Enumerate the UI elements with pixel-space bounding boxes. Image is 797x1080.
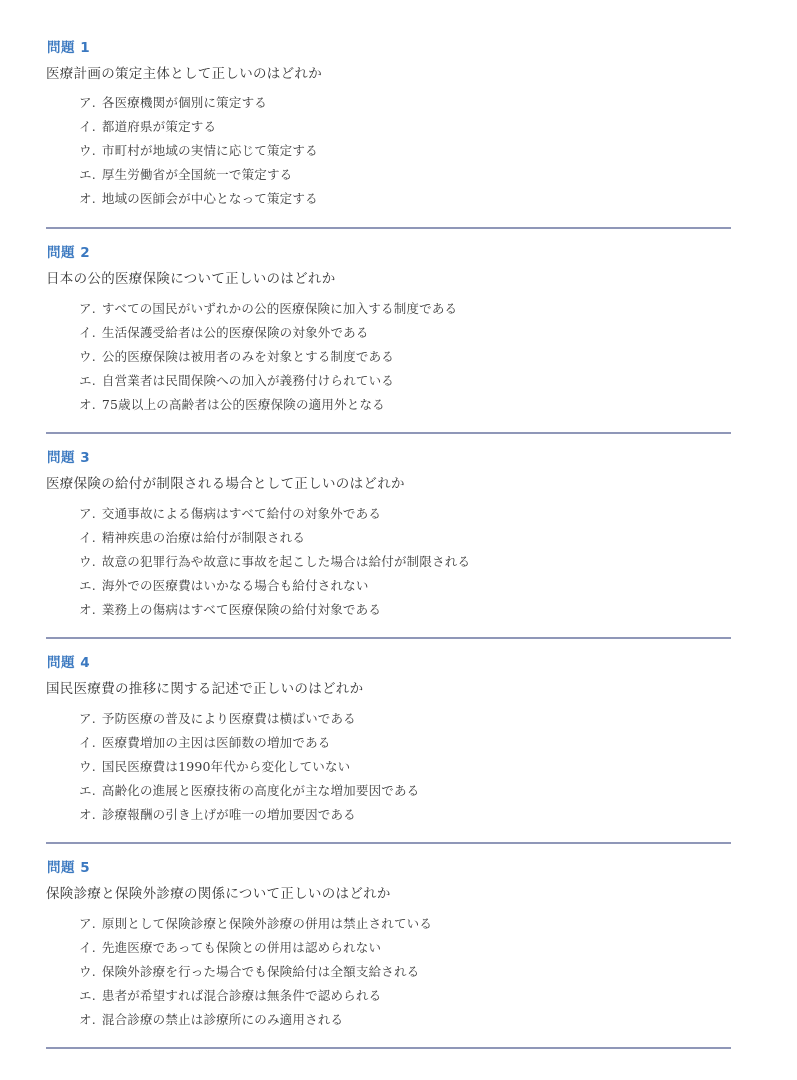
choice-mark: ウ. [79, 139, 96, 163]
question-title: 問題 2 [47, 241, 90, 261]
choice-mark: オ. [79, 803, 96, 827]
choice-mark: エ. [79, 163, 96, 187]
choice-text: 都道府県が策定する [102, 119, 216, 134]
choice-text: 地域の医師会が中心となって策定する [102, 191, 318, 206]
choice-e[interactable]: エ.高齢化の進展と医療技術の高度化が主な増加要因である [79, 779, 419, 803]
choice-text: 混合診療の禁止は診療所にのみ適用される [102, 1012, 343, 1027]
question-sheet: 問題 1 医療計画の策定主体として正しいのはどれか ア.各医療機関が個別に策定す… [46, 0, 731, 1049]
choice-list: ア.予防医療の普及により医療費は横ばいである イ.医療費増加の主因は医師数の増加… [79, 707, 419, 827]
choice-text: 自営業者は民間保険への加入が義務付けられている [102, 373, 394, 388]
question-title: 問題 1 [47, 36, 90, 56]
choice-text: 先進医療であっても保険との併用は認められない [102, 940, 381, 955]
choice-text: 交通事故による傷病はすべて給付の対象外である [102, 506, 381, 521]
choice-text: 医療費増加の主因は医師数の増加である [102, 735, 331, 750]
choice-i[interactable]: イ.生活保護受給者は公的医療保険の対象外である [79, 321, 457, 345]
choice-text: 市町村が地域の実情に応じて策定する [102, 143, 318, 158]
choice-o[interactable]: オ.75歳以上の高齢者は公的医療保険の適用外となる [79, 393, 457, 417]
choice-e[interactable]: エ.海外での医療費はいかなる場合も給付されない [79, 574, 470, 598]
choice-a[interactable]: ア.すべての国民がいずれかの公的医療保険に加入する制度である [79, 297, 457, 321]
choice-list: ア.交通事故による傷病はすべて給付の対象外である イ.精神疾患の治療は給付が制限… [79, 502, 470, 622]
choice-text: すべての国民がいずれかの公的医療保険に加入する制度である [102, 301, 457, 316]
choice-mark: ウ. [79, 755, 96, 779]
choice-text: 厚生労働省が全国統一で策定する [102, 167, 293, 182]
choice-mark: ウ. [79, 960, 96, 984]
choice-u[interactable]: ウ.公的医療保険は被用者のみを対象とする制度である [79, 345, 457, 369]
choice-mark: ア. [79, 707, 96, 731]
choice-text: 故意の犯罪行為や故意に事故を起こした場合は給付が制限される [102, 554, 470, 569]
choice-e[interactable]: エ.厚生労働省が全国統一で策定する [79, 163, 318, 187]
choice-o[interactable]: オ.地域の医師会が中心となって策定する [79, 187, 318, 211]
choice-o[interactable]: オ.業務上の傷病はすべて医療保険の給付対象である [79, 598, 470, 622]
choice-text: 予防医療の普及により医療費は横ばいである [102, 711, 356, 726]
choice-text: 精神疾患の治療は給付が制限される [102, 530, 305, 545]
choice-mark: イ. [79, 115, 96, 139]
choice-a[interactable]: ア.予防医療の普及により医療費は横ばいである [79, 707, 419, 731]
question-1: 問題 1 医療計画の策定主体として正しいのはどれか ア.各医療機関が個別に策定す… [46, 0, 731, 229]
choice-list: ア.各医療機関が個別に策定する イ.都道府県が策定する ウ.市町村が地域の実情に… [79, 91, 318, 211]
choice-text: 原則として保険診療と保険外診療の併用は禁止されている [102, 916, 432, 931]
question-stem: 医療保険の給付が制限される場合として正しいのはどれか [46, 472, 405, 492]
choice-i[interactable]: イ.都道府県が策定する [79, 115, 318, 139]
question-title: 問題 3 [47, 446, 90, 466]
choice-mark: イ. [79, 936, 96, 960]
question-stem: 国民医療費の推移に関する記述で正しいのはどれか [46, 677, 363, 697]
question-2: 問題 2 日本の公的医療保険について正しいのはどれか ア.すべての国民がいずれか… [46, 229, 731, 434]
choice-text: 海外での医療費はいかなる場合も給付されない [102, 578, 369, 593]
choice-mark: ウ. [79, 345, 96, 369]
question-4: 問題 4 国民医療費の推移に関する記述で正しいのはどれか ア.予防医療の普及によ… [46, 639, 731, 844]
choice-mark: オ. [79, 393, 96, 417]
choice-text: 業務上の傷病はすべて医療保険の給付対象である [102, 602, 381, 617]
question-title: 問題 4 [47, 651, 90, 671]
choice-text: 生活保護受給者は公的医療保険の対象外である [102, 325, 369, 340]
choice-u[interactable]: ウ.国民医療費は1990年代から変化していない [79, 755, 419, 779]
choice-mark: イ. [79, 321, 96, 345]
choice-e[interactable]: エ.患者が希望すれば混合診療は無条件で認められる [79, 984, 432, 1008]
choice-u[interactable]: ウ.保険外診療を行った場合でも保険給付は全額支給される [79, 960, 432, 984]
question-3: 問題 3 医療保険の給付が制限される場合として正しいのはどれか ア.交通事故によ… [46, 434, 731, 639]
question-stem: 医療計画の策定主体として正しいのはどれか [46, 62, 322, 82]
choice-mark: イ. [79, 526, 96, 550]
choice-mark: エ. [79, 574, 96, 598]
choice-mark: エ. [79, 779, 96, 803]
choice-e[interactable]: エ.自営業者は民間保険への加入が義務付けられている [79, 369, 457, 393]
choice-text: 各医療機関が個別に策定する [102, 95, 267, 110]
choice-mark: ア. [79, 912, 96, 936]
question-stem: 保険診療と保険外診療の関係について正しいのはどれか [46, 882, 391, 902]
choice-mark: エ. [79, 369, 96, 393]
choice-i[interactable]: イ.精神疾患の治療は給付が制限される [79, 526, 470, 550]
choice-text: 診療報酬の引き上げが唯一の増加要因である [102, 807, 356, 822]
choice-u[interactable]: ウ.市町村が地域の実情に応じて策定する [79, 139, 318, 163]
question-title: 問題 5 [47, 856, 90, 876]
question-5: 問題 5 保険診療と保険外診療の関係について正しいのはどれか ア.原則として保険… [46, 844, 731, 1049]
choice-mark: オ. [79, 598, 96, 622]
question-stem: 日本の公的医療保険について正しいのはどれか [46, 267, 336, 287]
choice-u[interactable]: ウ.故意の犯罪行為や故意に事故を起こした場合は給付が制限される [79, 550, 470, 574]
choice-text: 国民医療費は1990年代から変化していない [102, 759, 351, 774]
choice-a[interactable]: ア.原則として保険診療と保険外診療の併用は禁止されている [79, 912, 432, 936]
choice-i[interactable]: イ.先進医療であっても保険との併用は認められない [79, 936, 432, 960]
choice-mark: ア. [79, 297, 96, 321]
choice-list: ア.原則として保険診療と保険外診療の併用は禁止されている イ.先進医療であっても… [79, 912, 432, 1032]
choice-mark: エ. [79, 984, 96, 1008]
choice-mark: イ. [79, 731, 96, 755]
choice-mark: オ. [79, 1008, 96, 1032]
choice-mark: ア. [79, 502, 96, 526]
choice-mark: オ. [79, 187, 96, 211]
choice-a[interactable]: ア.交通事故による傷病はすべて給付の対象外である [79, 502, 470, 526]
choice-text: 保険外診療を行った場合でも保険給付は全額支給される [102, 964, 420, 979]
choice-text: 高齢化の進展と医療技術の高度化が主な増加要因である [102, 783, 420, 798]
choice-text: 患者が希望すれば混合診療は無条件で認められる [102, 988, 381, 1003]
choice-o[interactable]: オ.混合診療の禁止は診療所にのみ適用される [79, 1008, 432, 1032]
choice-text: 75歳以上の高齢者は公的医療保険の適用外となる [102, 397, 385, 412]
choice-a[interactable]: ア.各医療機関が個別に策定する [79, 91, 318, 115]
choice-list: ア.すべての国民がいずれかの公的医療保険に加入する制度である イ.生活保護受給者… [79, 297, 457, 417]
choice-o[interactable]: オ.診療報酬の引き上げが唯一の増加要因である [79, 803, 419, 827]
choice-mark: ウ. [79, 550, 96, 574]
choice-mark: ア. [79, 91, 96, 115]
choice-text: 公的医療保険は被用者のみを対象とする制度である [102, 349, 394, 364]
choice-i[interactable]: イ.医療費増加の主因は医師数の増加である [79, 731, 419, 755]
